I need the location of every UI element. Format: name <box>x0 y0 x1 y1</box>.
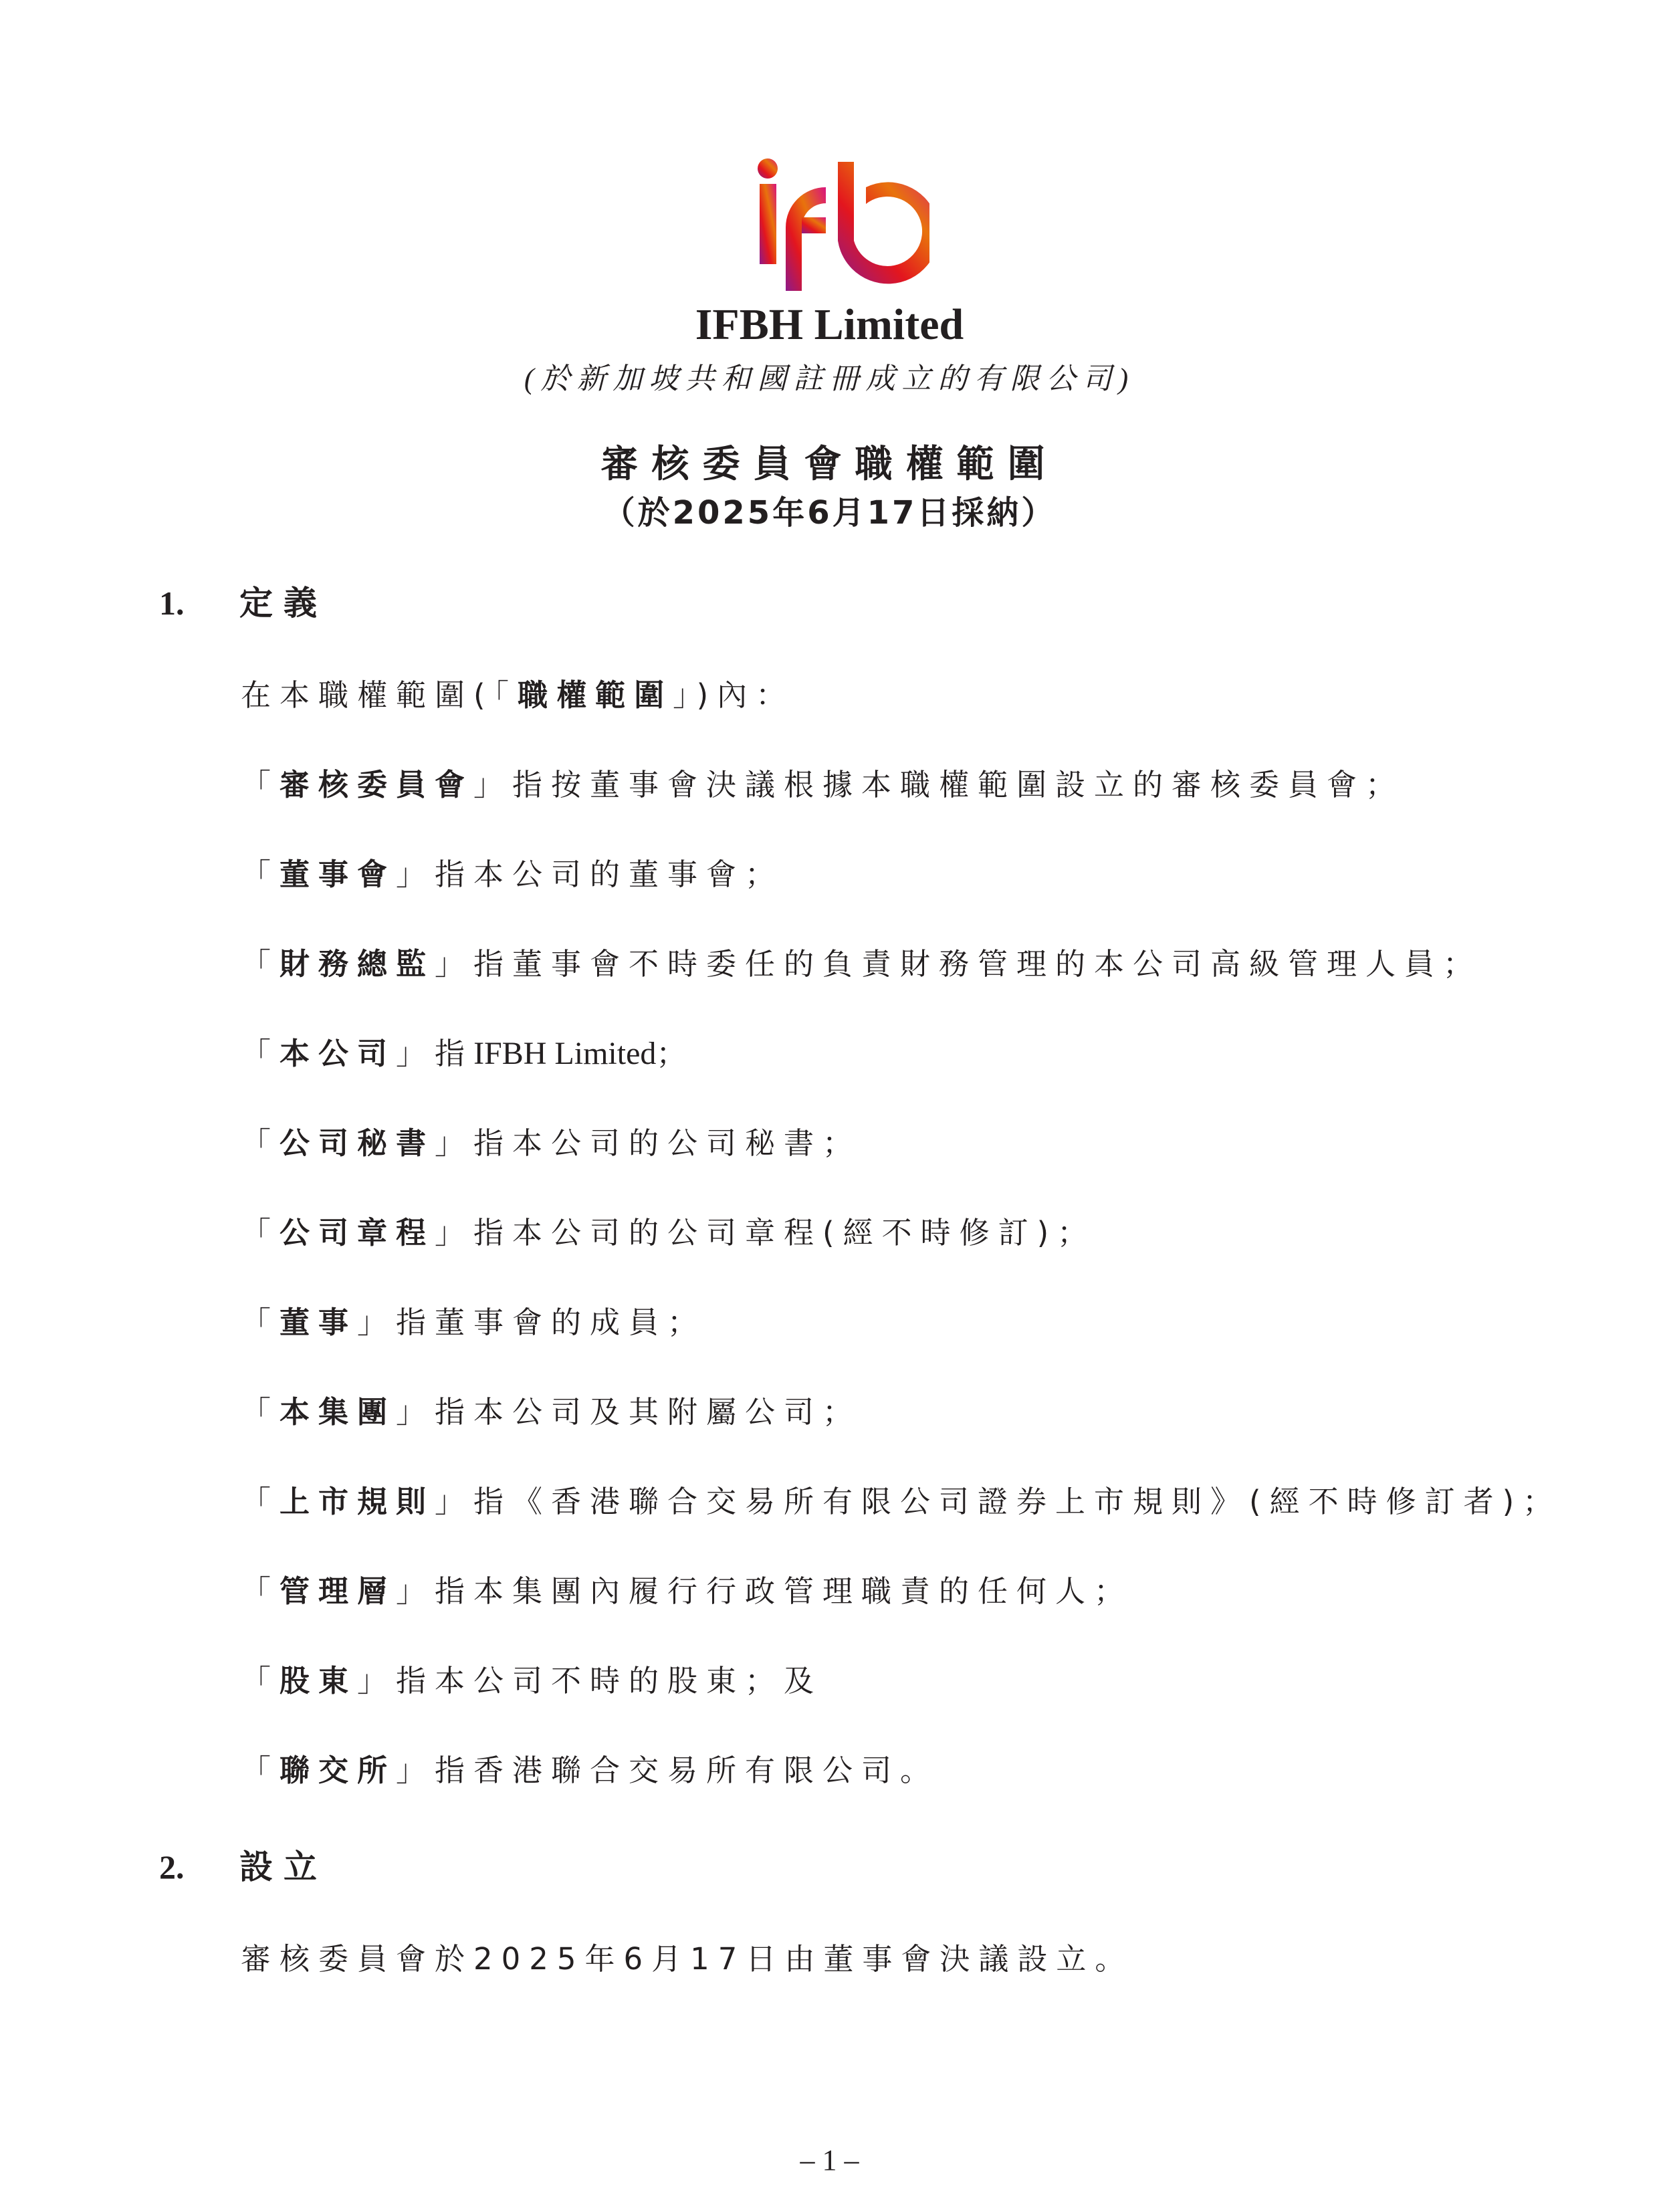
definition-text: 指董事會的成員； <box>396 1305 706 1340</box>
definition-item: 「公司章程」指本公司的公司章程(經不時修訂)； <box>241 1208 1096 1252</box>
definition-term: 股東 <box>280 1663 357 1698</box>
definition-tail: ； <box>656 1036 695 1071</box>
definition-item: 「財務總監」指董事會不時委任的負責財務管理的本公司高級管理人員； <box>241 939 1482 983</box>
definition-term: 董事會 <box>280 857 396 892</box>
section-number: 1. <box>159 584 239 623</box>
definition-item: 「本公司」指IFBH Limited； <box>241 1029 695 1073</box>
definition-item: 「管理層」指本集團內履行行政管理職責的任何人； <box>241 1567 1133 1610</box>
company-name: IFBH Limited <box>0 300 1659 350</box>
definitions-intro: 在本職權範圍(「職權範圍」)內： <box>241 671 794 714</box>
definition-text: 指本公司及其附屬公司； <box>435 1394 861 1430</box>
definition-text: 指董事會不時委任的負責財務管理的本公司高級管理人員； <box>473 946 1482 982</box>
definition-item: 「董事會」指本公司的董事會； <box>241 850 784 893</box>
incorporation-note: (於新加坡共和國註冊成立的有限公司) <box>0 354 1659 397</box>
definition-term: 本集團 <box>280 1394 396 1430</box>
definition-item: 「上市規則」指《香港聯合交易所有限公司證券上市規則》(經不時修訂者)； <box>241 1477 1561 1521</box>
definition-item: 「審核委員會」指按董事會決議根據本職權範圍設立的審核委員會； <box>241 760 1404 804</box>
definition-item: 「公司秘書」指本公司的公司秘書； <box>241 1119 861 1162</box>
definition-term: 董事 <box>280 1305 357 1340</box>
definition-text: 指本公司的董事會； <box>435 857 784 892</box>
definition-term: 公司秘書 <box>280 1125 435 1161</box>
ifb-logo <box>749 154 929 298</box>
section-title: 設立 <box>239 1848 328 1886</box>
section-heading-establishment: 2.設立 <box>159 1840 328 1888</box>
definition-item: 「聯交所」指香港聯合交易所有限公司。 <box>241 1746 939 1789</box>
document-title: 審核委員會職權範圍 <box>0 435 1659 488</box>
definition-text: 指《香港聯合交易所有限公司證券上市規則》(經不時修訂者)； <box>473 1484 1561 1519</box>
definition-text: 指本集團內履行行政管理職責的任何人； <box>435 1573 1133 1609</box>
definition-item: 「本集團」指本公司及其附屬公司； <box>241 1388 861 1431</box>
definition-term: 聯交所 <box>280 1753 396 1788</box>
definition-text: 指 <box>435 1036 473 1071</box>
definition-text: 指本公司不時的股東；及 <box>396 1663 822 1698</box>
company-latin-name: IFBH Limited <box>473 1036 656 1071</box>
definition-term: 管理層 <box>280 1573 396 1609</box>
page-number: – 1 – <box>0 2143 1659 2177</box>
definition-text: 指按董事會決議根據本職權範圍設立的審核委員會； <box>512 767 1404 802</box>
definition-term: 財務總監 <box>280 946 435 982</box>
intro-suffix: 」)內： <box>673 677 794 713</box>
definition-term: 公司章程 <box>280 1215 435 1250</box>
definition-term: 上市規則 <box>280 1484 435 1519</box>
intro-prefix: 在本職權範圍(「 <box>241 677 518 713</box>
definition-item: 「股東」指本公司不時的股東；及 <box>241 1656 822 1700</box>
section-number: 2. <box>159 1848 239 1886</box>
establishment-body: 審核委員會於2025年6月17日由董事會決議設立。 <box>241 1934 1133 1978</box>
definition-text: 指本公司的公司秘書； <box>473 1125 861 1161</box>
adoption-date: （於2025年6月17日採納） <box>0 487 1659 533</box>
definition-text: 指本公司的公司章程(經不時修訂)； <box>473 1215 1096 1250</box>
definition-term: 本公司 <box>280 1036 396 1071</box>
ifb-logo-icon <box>749 154 929 298</box>
definition-item: 「董事」指董事會的成員； <box>241 1298 706 1341</box>
section-heading-definitions: 1.定義 <box>159 576 328 625</box>
definition-term: 審核委員會 <box>280 767 473 802</box>
section-title: 定義 <box>239 584 328 623</box>
intro-term: 職權範圍 <box>518 677 673 713</box>
definition-text: 指香港聯合交易所有限公司。 <box>435 1753 939 1788</box>
